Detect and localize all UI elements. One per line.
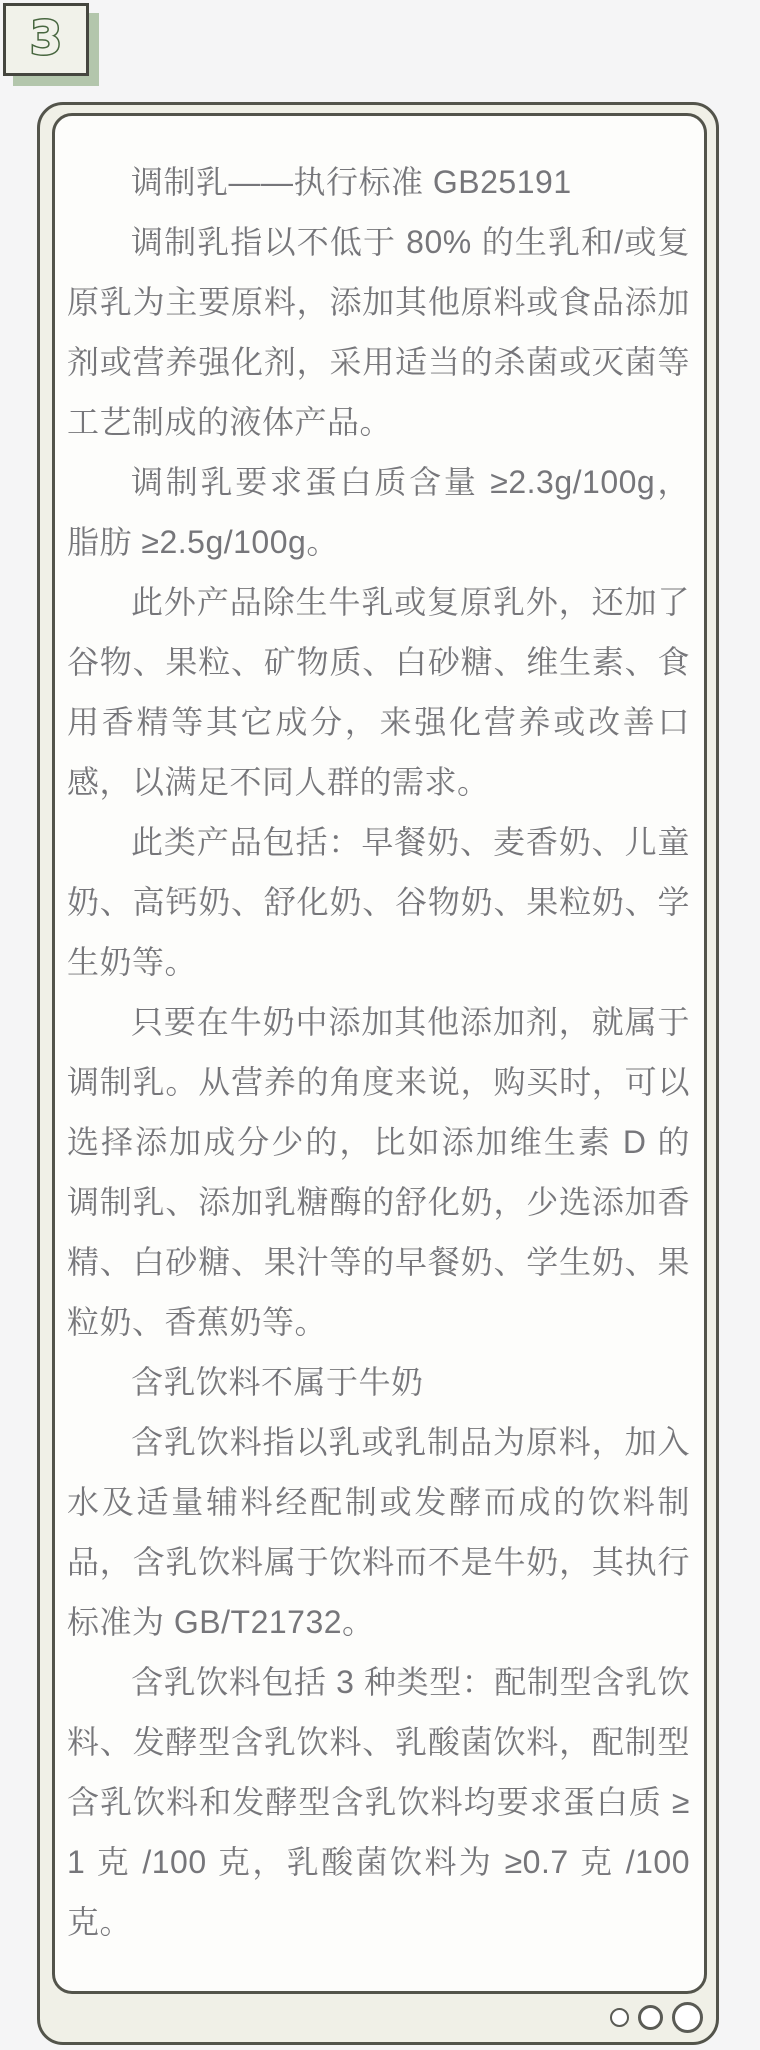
decorative-circle-icon <box>610 2008 629 2027</box>
paragraph: 只要在牛奶中添加其他添加剂，就属于调制乳。从营养的角度来说，购买时，可以选择添加… <box>67 992 690 1352</box>
paragraph-subheading: 含乳饮料不属于牛奶 <box>67 1352 690 1412</box>
decorative-circles <box>610 2002 703 2033</box>
paragraph: 此类产品包括：早餐奶、麦香奶、儿童奶、高钙奶、舒化奶、谷物奶、果粒奶、学生奶等。 <box>67 812 690 992</box>
page-number-badge: 3 <box>3 3 89 76</box>
paragraph: 含乳饮料指以乳或乳制品为原料，加入水及适量辅料经配制或发酵而成的饮料制品，含乳饮… <box>67 1412 690 1652</box>
paragraph: 此外产品除生牛乳或复原乳外，还加了谷物、果粒、矿物质、白砂糖、维生素、食用香精等… <box>67 572 690 812</box>
decorative-circle-icon <box>672 2002 703 2033</box>
article-body: 调制乳——执行标准 GB25191 调制乳指以不低于 80% 的生乳和/或复原乳… <box>67 152 690 1952</box>
paragraph: 调制乳指以不低于 80% 的生乳和/或复原乳为主要原料，添加其他原料或食品添加剂… <box>67 212 690 452</box>
outer-card-frame: 调制乳——执行标准 GB25191 调制乳指以不低于 80% 的生乳和/或复原乳… <box>37 102 719 2045</box>
paragraph: 含乳饮料包括 3 种类型：配制型含乳饮料、发酵型含乳饮料、乳酸菌饮料，配制型含乳… <box>67 1652 690 1952</box>
decorative-circle-icon <box>638 2005 663 2030</box>
infographic-page: 3 调制乳——执行标准 GB25191 调制乳指以不低于 80% 的生乳和/或复… <box>0 0 760 2050</box>
inner-content-card: 调制乳——执行标准 GB25191 调制乳指以不低于 80% 的生乳和/或复原乳… <box>52 113 707 1994</box>
page-number-text: 3 <box>30 15 62 61</box>
paragraph-title: 调制乳——执行标准 GB25191 <box>67 152 690 212</box>
paragraph: 调制乳要求蛋白质含量 ≥2.3g/100g，脂肪 ≥2.5g/100g。 <box>67 452 690 572</box>
